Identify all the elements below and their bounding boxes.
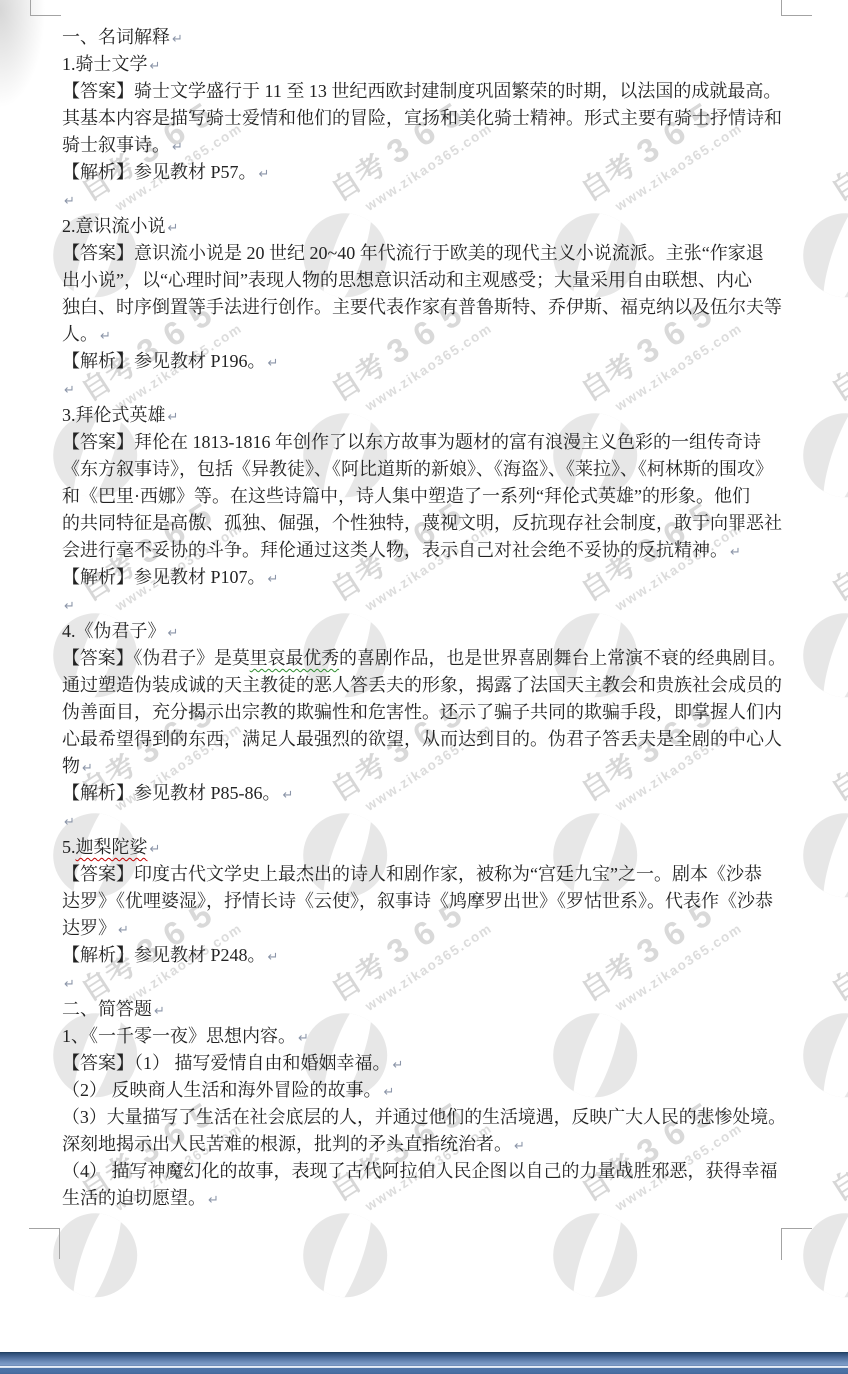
crop-mark-bottom-right-horizontal bbox=[781, 1228, 812, 1229]
document-line: 通过塑造伪装成诚的天主教徒的恶人答丢夫的形象，揭露了法国天主教会和贵族社会成员的 bbox=[62, 672, 782, 699]
document-text-segment: 《东方叙事诗》，包括《异教徒》、《阿比道斯的新娘》、《海盗》、《莱拉》、《柯林斯… bbox=[62, 459, 773, 479]
document-line: 一、名词解释↵ bbox=[62, 24, 183, 51]
paragraph-mark: ↵ bbox=[208, 1193, 219, 1208]
document-text-segment: 【解析】参见教材 P57。 bbox=[62, 162, 257, 182]
paragraph-mark: ↵ bbox=[64, 977, 75, 992]
paragraph-mark: ↵ bbox=[168, 410, 179, 425]
document-text-segment: 其基本内容是描写骑士爱情和他们的冒险，宣扬和美化骑士精神。形式主要有骑士抒情诗和 bbox=[62, 108, 782, 128]
document-line: 二、简答题↵ bbox=[62, 996, 165, 1023]
document-line: 生活的迫切愿望。↵ bbox=[62, 1185, 219, 1212]
document-text-segment: 【解析】参见教材 P196。 bbox=[62, 351, 266, 371]
document-line: 深刻地揭示出人民苦难的根源，批判的矛头直指统治者。↵ bbox=[62, 1131, 525, 1158]
document-line: 人。↵ bbox=[62, 321, 111, 348]
paragraph-mark: ↵ bbox=[64, 599, 75, 614]
document-text-segment: 伪善面目，充分揭示出宗教的欺骗性和危害性。还示了骗子共同的欺骗手段，即掌握人们内 bbox=[62, 702, 782, 722]
document-line: 伪善面目，充分揭示出宗教的欺骗性和危害性。还示了骗子共同的欺骗手段，即掌握人们内 bbox=[62, 699, 782, 726]
document-text-segment: 的喜剧作品，也是世界喜剧舞台上常演不衰的经典剧目。 bbox=[339, 648, 786, 668]
document-text-segment: （3）大量描写了生活在社会底层的人，并通过他们的生活境遇，反映广大人民的悲惨处境… bbox=[62, 1107, 786, 1127]
document-line: 5.迦梨陀娑↵ bbox=[62, 834, 160, 861]
document-line: 【答案】印度古代文学史上最杰出的诗人和剧作家，被称为“宫廷九宝”之一。剧本《沙恭 bbox=[62, 861, 762, 888]
document-text-segment: 【答案】印度古代文学史上最杰出的诗人和剧作家，被称为“宫廷九宝”之一。剧本《沙恭 bbox=[62, 864, 762, 884]
document-text-segment-wavy-red: 迦梨陀娑 bbox=[76, 837, 148, 857]
paragraph-mark: ↵ bbox=[283, 788, 294, 803]
document-text-segment: 4.《伪君子》 bbox=[62, 621, 166, 641]
document-line: 达罗》《优哩婆湿》，抒情长诗《云使》，叙事诗《鸠摩罗出世》《罗怙世系》。代表作《… bbox=[62, 888, 773, 915]
document-line: （3）大量描写了生活在社会底层的人，并通过他们的生活境遇，反映广大人民的悲惨处境… bbox=[62, 1104, 786, 1131]
document-line: 骑士叙事诗。↵ bbox=[62, 132, 183, 159]
document-line: 【答案】骑士文学盛行于 11 至 13 世纪西欧封建制度巩固繁荣的时期，以法国的… bbox=[62, 78, 781, 105]
document-line: 会进行毫不妥协的斗争。拜伦通过这类人物，表示自己对社会绝不妥协的反抗精神。↵ bbox=[62, 537, 741, 564]
paragraph-mark: ↵ bbox=[384, 1085, 395, 1100]
paragraph-mark: ↵ bbox=[172, 32, 183, 47]
document-line: 【答案】意识流小说是 20 世纪 20~40 年代流行于欧美的现代主义小说流派。… bbox=[62, 240, 764, 267]
paragraph-mark: ↵ bbox=[268, 356, 279, 371]
document-line: 【解析】参见教材 P85-86。↵ bbox=[62, 780, 293, 807]
document-text-segment: 独白、时序倒置等手法进行创作。主要代表作家有普鲁斯特、乔伊斯、福克纳以及伍尔夫等 bbox=[62, 297, 782, 317]
paragraph-mark: ↵ bbox=[64, 383, 75, 398]
document-text-segment: 一、名词解释 bbox=[62, 27, 170, 47]
paragraph-mark: ↵ bbox=[168, 221, 179, 236]
document-text-segment: 深刻地揭示出人民苦难的根源，批判的矛头直指统治者。 bbox=[62, 1134, 512, 1154]
document-line: 4.《伪君子》↵ bbox=[62, 618, 178, 645]
document-line: 和《巴里·西娜》等。在这些诗篇中，诗人集中塑造了一系列“拜伦式英雄”的形象。他们 bbox=[62, 483, 750, 510]
crop-mark-bottom-left-horizontal bbox=[29, 1228, 59, 1229]
paragraph-mark: ↵ bbox=[82, 761, 93, 776]
paragraph-mark: ↵ bbox=[298, 1031, 309, 1046]
document-line: 【解析】参见教材 P107。↵ bbox=[62, 564, 278, 591]
document-text-segment: （4） 描写神魔幻化的故事，表现了古代阿拉伯人民企图以自己的力量战胜邪恶，获得幸… bbox=[62, 1161, 778, 1181]
document-text-segment: （2） 反映商人生活和海外冒险的故事。 bbox=[62, 1080, 382, 1100]
document-line: 出小说”，以“心理时间”表现人物的思想意识活动和主观感受；大量采用自由联想、内心 bbox=[62, 267, 752, 294]
paragraph-mark: ↵ bbox=[150, 842, 161, 857]
paragraph-mark: ↵ bbox=[64, 815, 75, 830]
document-line: 【答案】拜伦在 1813-1816 年创作了以东方故事为题材的富有浪漫主义色彩的… bbox=[62, 429, 761, 456]
document-text-segment: 出小说”，以“心理时间”表现人物的思想意识活动和主观感受；大量采用自由联想、内心 bbox=[62, 270, 752, 290]
document-text-segment: 心最希望得到的东西，满足人最强烈的欲望，从而达到目的。伪君子答丢夫是全剧的中心人 bbox=[62, 729, 782, 749]
document-text-segment: 物 bbox=[62, 756, 80, 776]
document-line: 2.意识流小说↵ bbox=[62, 213, 178, 240]
document-line: 达罗》↵ bbox=[62, 915, 129, 942]
document-text-segment: 【答案】拜伦在 1813-1816 年创作了以东方故事为题材的富有浪漫主义色彩的… bbox=[62, 432, 761, 452]
document-text-segment: 【解析】参见教材 P248。 bbox=[62, 945, 266, 965]
document-line: 《东方叙事诗》，包括《异教徒》、《阿比道斯的新娘》、《海盗》、《莱拉》、《柯林斯… bbox=[62, 456, 773, 483]
paragraph-mark: ↵ bbox=[268, 950, 279, 965]
document-text: 一、名词解释↵1.骑士文学↵【答案】骑士文学盛行于 11 至 13 世纪西欧封建… bbox=[0, 0, 848, 1374]
empty-paragraph-line: ↵ bbox=[62, 186, 75, 213]
document-text-segment: 通过塑造伪装成诚的天主教徒的恶人答丢夫的形象，揭露了法国天主教会和贵族社会成员的 bbox=[62, 675, 782, 695]
document-line: 独白、时序倒置等手法进行创作。主要代表作家有普鲁斯特、乔伊斯、福克纳以及伍尔夫等 bbox=[62, 294, 782, 321]
document-line: 1、《一千零一夜》思想内容。↵ bbox=[62, 1023, 309, 1050]
document-line: 【解析】参见教材 P248。↵ bbox=[62, 942, 278, 969]
document-text-segment: 【解析】参见教材 P107。 bbox=[62, 567, 266, 587]
document-text-segment: 和《巴里·西娜》等。在这些诗篇中，诗人集中塑造了一系列“拜伦式英雄”的形象。他们 bbox=[62, 486, 750, 506]
document-line: 【答案】（1） 描写爱情自由和婚姻幸福。↵ bbox=[62, 1050, 403, 1077]
document-text-segment: 【解析】参见教材 P85-86。 bbox=[62, 783, 281, 803]
paragraph-mark: ↵ bbox=[150, 59, 161, 74]
document-text-segment: 【答案】（1） 描写爱情自由和婚姻幸福。 bbox=[62, 1053, 391, 1073]
document-line: 1.骑士文学↵ bbox=[62, 51, 160, 78]
paragraph-mark: ↵ bbox=[393, 1058, 404, 1073]
document-line: 的共同特征是高傲、孤独、倔强，个性独特，蔑视文明，反抗现存社会制度，敢于向罪恶社 bbox=[62, 510, 782, 537]
document-line: 3.拜伦式英雄↵ bbox=[62, 402, 178, 429]
document-line: 【解析】参见教材 P196。↵ bbox=[62, 348, 278, 375]
crop-mark-top-left-horizontal bbox=[30, 15, 61, 16]
paragraph-mark: ↵ bbox=[259, 167, 270, 182]
document-line: 【解析】参见教材 P57。↵ bbox=[62, 159, 269, 186]
document-line: （2） 反映商人生活和海外冒险的故事。↵ bbox=[62, 1077, 394, 1104]
document-line: 其基本内容是描写骑士爱情和他们的冒险，宣扬和美化骑士精神。形式主要有骑士抒情诗和 bbox=[62, 105, 782, 132]
document-line: 心最希望得到的东西，满足人最强烈的欲望，从而达到目的。伪君子答丢夫是全剧的中心人 bbox=[62, 726, 782, 753]
document-text-segment: 【答案】《伪君子》是莫 bbox=[62, 648, 250, 668]
document-text-segment: 1.骑士文学 bbox=[62, 54, 148, 74]
empty-paragraph-line: ↵ bbox=[62, 591, 75, 618]
crop-mark-top-right-horizontal bbox=[781, 15, 812, 16]
document-text-segment: 达罗》 bbox=[62, 918, 116, 938]
paragraph-mark: ↵ bbox=[168, 626, 179, 641]
document-text-segment: 1、《一千零一夜》思想内容。 bbox=[62, 1026, 296, 1046]
document-text-segment-wavy-green: 里哀最优秀 bbox=[250, 648, 339, 668]
paragraph-mark: ↵ bbox=[154, 1004, 165, 1019]
paragraph-mark: ↵ bbox=[514, 1139, 525, 1154]
empty-paragraph-line: ↵ bbox=[62, 807, 75, 834]
crop-mark-bottom-right-vertical bbox=[781, 1228, 782, 1260]
document-text-segment: 骑士叙事诗。 bbox=[62, 135, 170, 155]
document-text-segment: 【答案】意识流小说是 20 世纪 20~40 年代流行于欧美的现代主义小说流派。… bbox=[62, 243, 764, 263]
paragraph-mark: ↵ bbox=[172, 140, 183, 155]
document-text-segment: 人。 bbox=[62, 324, 98, 344]
document-text-segment: 5. bbox=[62, 837, 76, 857]
document-text-segment: 的共同特征是高傲、孤独、倔强，个性独特，蔑视文明，反抗现存社会制度，敢于向罪恶社 bbox=[62, 513, 782, 533]
document-line: 物↵ bbox=[62, 753, 93, 780]
document-text-segment: 3.拜伦式英雄 bbox=[62, 405, 166, 425]
document-text-segment: 2.意识流小说 bbox=[62, 216, 166, 236]
crop-mark-bottom-left-vertical bbox=[59, 1228, 60, 1259]
paragraph-mark: ↵ bbox=[730, 545, 741, 560]
document-text-segment: 【答案】骑士文学盛行于 11 至 13 世纪西欧封建制度巩固繁荣的时期，以法国的… bbox=[62, 81, 781, 101]
crop-mark-top-left-vertical bbox=[30, 0, 31, 15]
document-line: 【答案】《伪君子》是莫里哀最优秀的喜剧作品，也是世界喜剧舞台上常演不衰的经典剧目… bbox=[62, 645, 786, 672]
paragraph-mark: ↵ bbox=[268, 572, 279, 587]
document-line: （4） 描写神魔幻化的故事，表现了古代阿拉伯人民企图以自己的力量战胜邪恶，获得幸… bbox=[62, 1158, 778, 1185]
document-text-segment: 达罗》《优哩婆湿》，抒情长诗《云使》，叙事诗《鸠摩罗出世》《罗怙世系》。代表作《… bbox=[62, 891, 773, 911]
crop-mark-top-right-vertical bbox=[781, 0, 782, 15]
document-text-segment: 二、简答题 bbox=[62, 999, 152, 1019]
empty-paragraph-line: ↵ bbox=[62, 375, 75, 402]
empty-paragraph-line: ↵ bbox=[62, 969, 75, 996]
paragraph-mark: ↵ bbox=[118, 923, 129, 938]
document-text-segment: 会进行毫不妥协的斗争。拜伦通过这类人物，表示自己对社会绝不妥协的反抗精神。 bbox=[62, 540, 728, 560]
paragraph-mark: ↵ bbox=[100, 329, 111, 344]
paragraph-mark: ↵ bbox=[64, 194, 75, 209]
bottom-bar bbox=[0, 1352, 848, 1374]
document-text-segment: 生活的迫切愿望。 bbox=[62, 1188, 206, 1208]
word-document-page: 自考365www.zikao365.com自考365www.zikao365.c… bbox=[0, 0, 848, 1374]
